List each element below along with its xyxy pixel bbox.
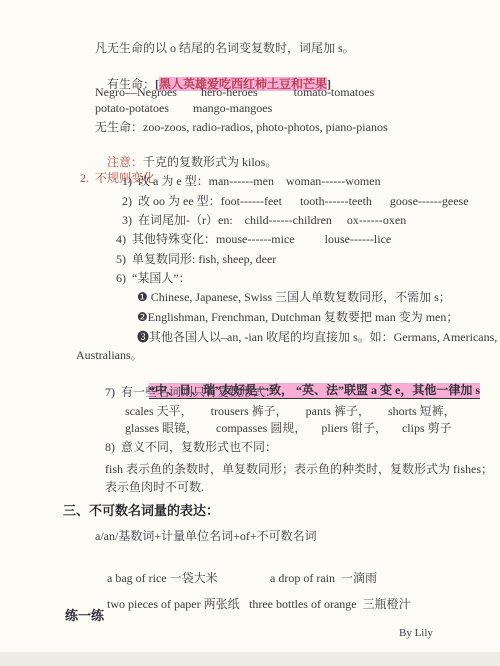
irregular-item-1: 1) 改 a 为 e 型：man------men woman------wom…: [122, 174, 381, 189]
scanned-notes-page: 凡无生命的以 o 结尾的名词变复数时，词尾加 s。 有生命：[黑人英雄爱吃西红柿…: [0, 0, 500, 666]
o-examples-row1: Negro—Negroes hero-heroes tomato-tomatoe…: [95, 85, 374, 100]
practice-heading: 练一练: [65, 608, 104, 623]
inanimate-examples: 无生命：zoo-zoos, radio-radios, photo-photos…: [95, 120, 388, 135]
irregular-item-4: 4) 其他特殊变化：mouse------mice louse------lic…: [116, 232, 391, 247]
nationality-rule-3-continued: Australians。: [76, 348, 143, 363]
page-bottom-strip: [0, 652, 500, 666]
section3-heading: 三、不可数名词量的表达：: [63, 503, 219, 518]
fish-note-1: fish 表示鱼的条数时，单复数同形；表示鱼的种类时，复数形式为 fishes；: [105, 462, 493, 477]
plural-only-row2: glasses 眼镜， compasses 圆规， pliers 钳子， cli…: [125, 421, 452, 436]
section2-number: 2.: [80, 171, 89, 185]
uncountable-formula: a/an/基数词+计量单位名词+of+不可数名词: [95, 529, 317, 544]
irregular-item-3: 3) 在词尾加-（r）en: child------children ox---…: [122, 213, 406, 228]
irregular-item-6: 6) “某国人”：: [116, 271, 191, 286]
uncountable-example-row2: two pieces of paper 两张纸three bottles of …: [95, 582, 411, 627]
irregular-item-5: 5) 单复数同形: fish, sheep, deer: [116, 252, 276, 267]
author-credit: By Lily: [399, 626, 433, 641]
rule-o-ending-text: 凡无生命的以 o 结尾的名词变复数时，词尾加 s。: [95, 41, 355, 56]
irregular-item-7: 7) 有一些名词则只有复数形式：: [105, 385, 277, 400]
nationality-rule-1: ❶ Chinese, Japanese, Swiss 三国人单数复数同形，不需加…: [137, 290, 451, 305]
note-text: 千克的复数形式为 kilos。: [143, 155, 277, 169]
o-examples-row2: potato-potatoes mango-mangoes: [95, 101, 272, 116]
plural-only-row1: scales 天平， trousers 裤子， pants 裤子， shorts…: [125, 404, 456, 419]
nationality-rule-3: ❸其他各国人以–an, -ian 收尾的均直接加 s。如：Germans, Am…: [137, 330, 497, 345]
irregular-item-2: 2) 改 oo 为 ee 型：foot------feet tooth-----…: [122, 194, 469, 209]
example-pieces-of-paper: two pieces of paper 两张纸: [107, 597, 249, 612]
nationality-rule-2: ❷Englishman, Frenchman, Dutchman 复数要把 ma…: [137, 310, 458, 325]
fish-note-2: 表示鱼肉时不可数.: [105, 480, 204, 495]
irregular-item-8: 8) 意义不同，复数形式也不同：: [105, 440, 277, 455]
example-bottles-of-orange: three bottles of orange 三瓶橙汁: [249, 597, 411, 611]
